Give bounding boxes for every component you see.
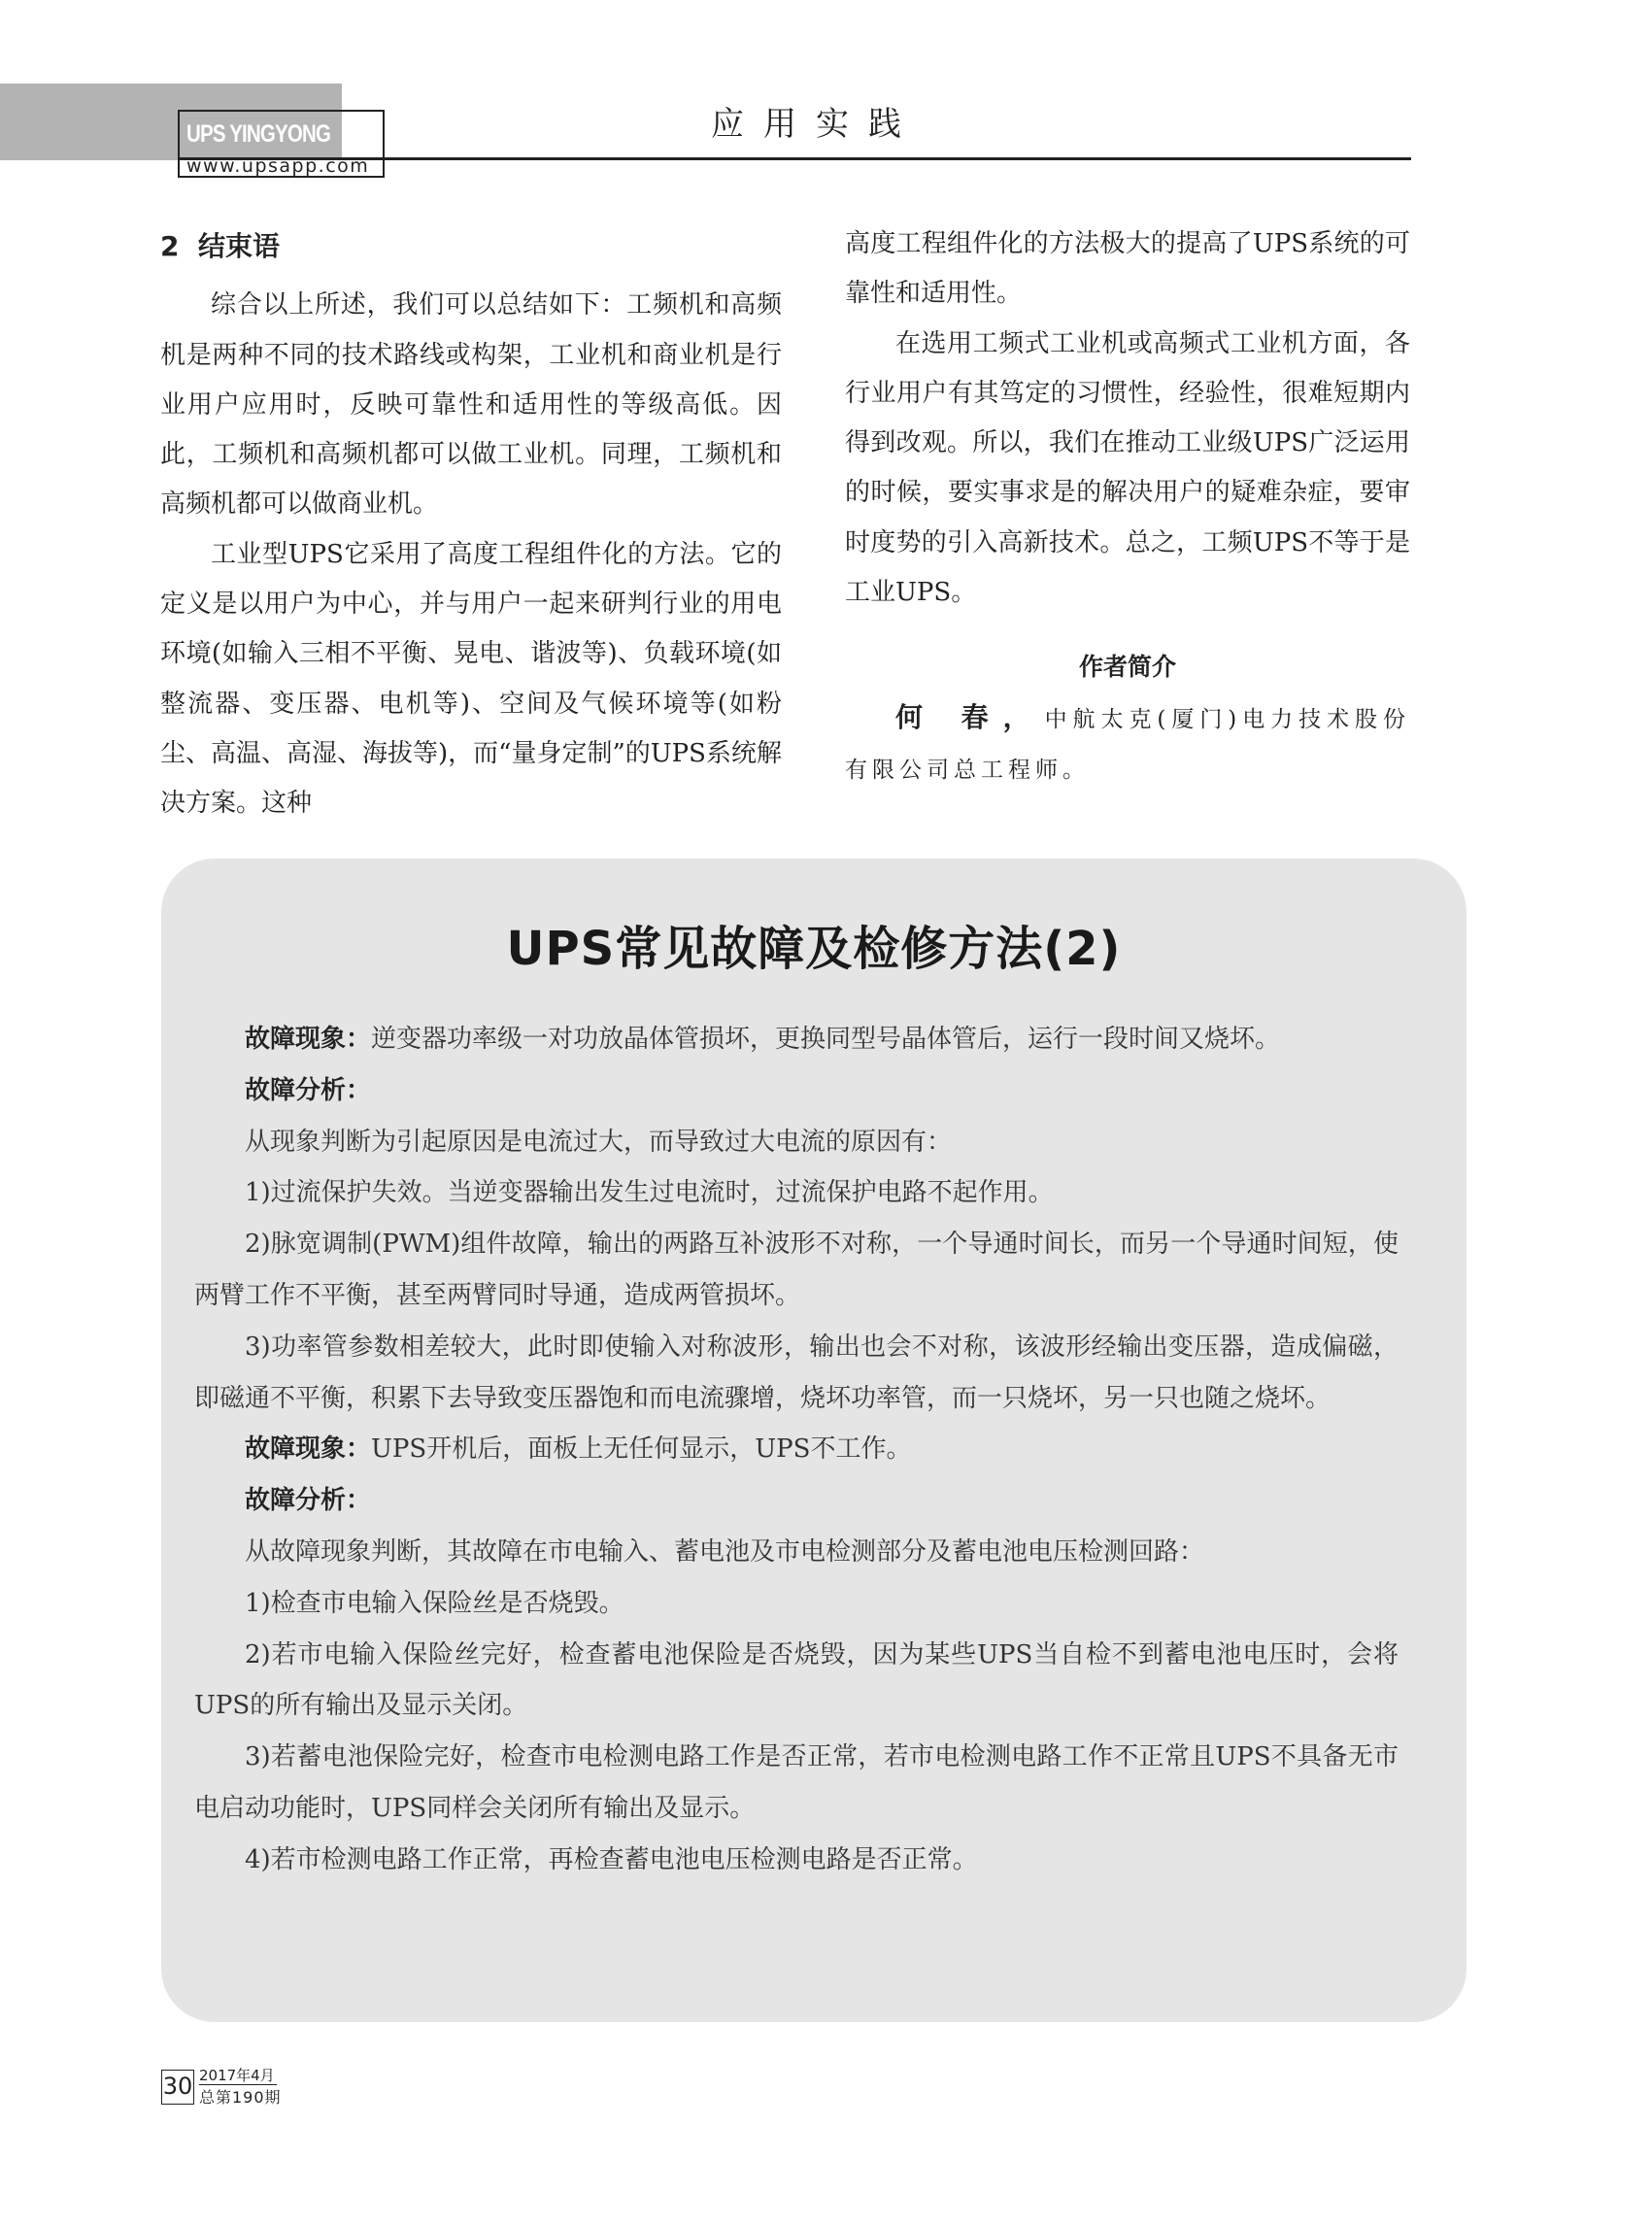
box-paragraph: 故障分析： [194,1475,1399,1527]
author-bio: 何 春，中航太克(厦门)电力技术股份有限公司总工程师。 [845,692,1410,796]
box-paragraph: 从现象判断为引起原因是电流过大，而导致过大电流的原因有： [194,1117,1399,1168]
paragraph: 在选用工频式工业机或高频式工业机方面，各行业用户有其笃定的习惯性，经验性，很难短… [845,320,1410,619]
analysis-label: 故障分析： [245,1486,371,1515]
page-number: 30 [161,2070,194,2105]
box-paragraph: 3)功率管参数相差较大，此时即使输入对称波形，输出也会不对称，该波形经输出变压器… [194,1322,1399,1425]
box-paragraph: 1)检查市电输入保险丝是否烧毁。 [194,1578,1399,1630]
box-paragraph: 2)若市电输入保险丝完好，检查蓄电池保险是否烧毁，因为某些UPS当自检不到蓄电池… [194,1630,1399,1733]
box-paragraph: 4)若市检测电路工作正常，再检查蓄电池电压检测电路是否正常。 [194,1835,1399,1886]
sidebar-box-title: UPS常见故障及检修方法(2) [161,911,1467,978]
box-paragraph: 1)过流保护失效。当逆变器输出发生过电流时，过流保护电路不起作用。 [194,1167,1399,1219]
box-paragraph: 故障现象：逆变器功率级一对功放晶体管损坏，更换同型号晶体管后，运行一段时间又烧坏… [194,1014,1399,1065]
author-name: 何 春， [895,701,1045,733]
box-paragraph: 从故障现象判断，其故障在市电输入、蓄电池及市电检测部分及蓄电池电压检测回路： [194,1527,1399,1578]
section-heading: 2 结束语 [160,221,782,271]
paragraph: 综合以上所述，我们可以总结如下：工频机和高频机是两种不同的技术路线或构架，工业机… [160,281,782,529]
left-column: 2 结束语 综合以上所述，我们可以总结如下：工频机和高频机是两种不同的技术路线或… [160,221,782,829]
fault-label: 故障现象： [245,1434,371,1464]
box-paragraph: 3)若蓄电池保险完好，检查市电检测电路工作是否正常，若市电检测电路工作不正常且U… [194,1732,1399,1835]
analysis-label: 故障分析： [245,1076,371,1105]
logo-url: www.upsapp.com [186,155,369,177]
fault-label: 故障现象： [245,1025,371,1054]
logo-text: UPS YINGYONG [186,120,330,149]
box-paragraph: 故障现象：UPS开机后，面板上无任何显示，UPS不工作。 [194,1424,1399,1475]
box-paragraph: 2)脉宽调制(PWM)组件故障，输出的两路互补波形不对称，一个导通时间长，而另一… [194,1219,1399,1322]
author-bio-heading: 作者简介 [845,642,1410,691]
section-title: 应用实践 [670,97,961,145]
issue-date: 2017年4月 [199,2067,277,2085]
paragraph: 高度工程组件化的方法极大的提高了UPS系统的可靠性和适用性。 [845,219,1410,320]
box-paragraph: 故障分析： [194,1065,1399,1117]
paragraph: 工业型UPS它采用了高度工程组件化的方法。它的定义是以用户为中心，并与用户一起来… [160,530,782,829]
right-column: 高度工程组件化的方法极大的提高了UPS系统的可靠性和适用性。 在选用工频式工业机… [845,219,1410,795]
issue-number: 总第190期 [199,2088,282,2108]
sidebar-box-body: 故障现象：逆变器功率级一对功放晶体管损坏，更换同型号晶体管后，运行一段时间又烧坏… [194,1014,1399,1886]
